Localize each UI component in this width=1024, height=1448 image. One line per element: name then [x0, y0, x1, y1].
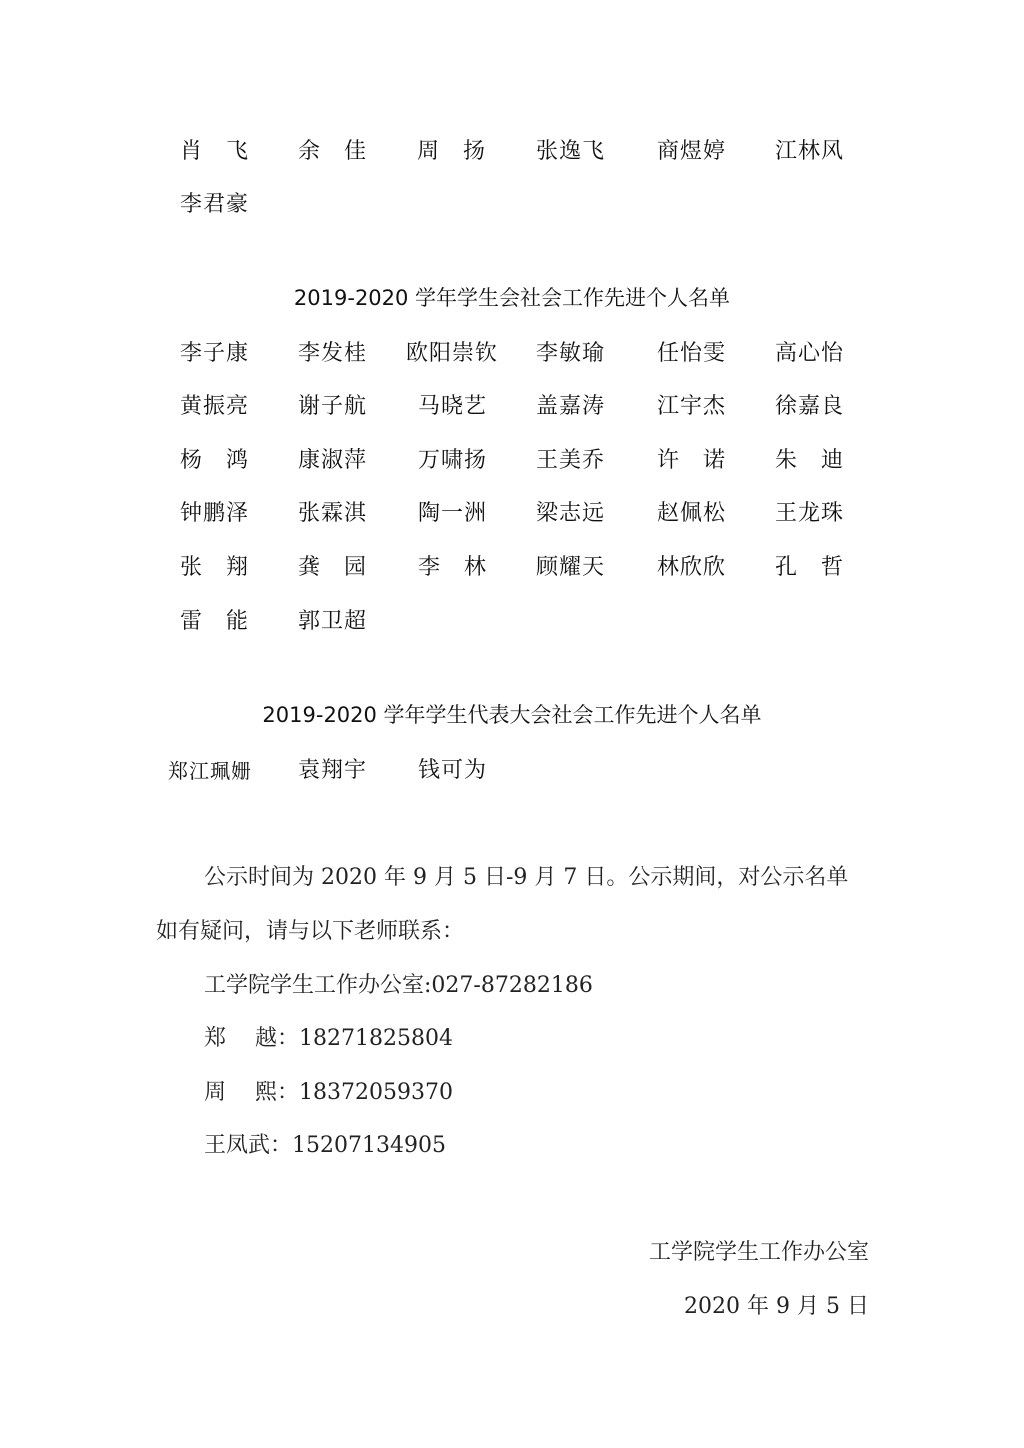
- name-cell: 黄振亮: [180, 392, 249, 422]
- name-row: 李子康 李发桂 欧阳崇钦 李敏瑜 任怡雯 高心怡: [180, 339, 880, 369]
- document-page: 肖 飞 余 佳 周 扬 张逸飞 商煜婷 江林风 李君豪 2019-2020 学年…: [0, 0, 1024, 1448]
- name-cell: 李发桂: [298, 339, 367, 369]
- name-cell: 赵佩松: [657, 499, 726, 529]
- name-cell: 孔 哲: [775, 553, 844, 583]
- name-cell: 张霖淇: [298, 499, 367, 529]
- name-cell: 林欣欣: [657, 553, 726, 583]
- name-cell: 马晓艺: [418, 392, 487, 422]
- name-cell: 张逸飞: [536, 137, 605, 167]
- notice-line-1: 公示时间为 2020 年 9 月 5 日-9 月 7 日。公示期间，对公示名单: [204, 862, 848, 894]
- contact-wang-fengwu: 王凤武：15207134905: [204, 1130, 446, 1162]
- name-cell: 郑江珮姗: [168, 756, 252, 786]
- contact-zhou-xi: 周 熙：18372059370: [204, 1077, 453, 1109]
- name-cell: 郭卫超: [298, 607, 367, 637]
- name-cell: 高心怡: [775, 339, 844, 369]
- name-cell: 李子康: [180, 339, 249, 369]
- name-cell: 商煜婷: [657, 137, 726, 167]
- name-row: 李君豪: [180, 190, 880, 220]
- name-cell: 陶一洲: [418, 499, 487, 529]
- name-row: 杨 鸿 康淑萍 万啸扬 王美乔 许 诺 朱 迪: [180, 446, 880, 476]
- name-cell: 周 扬: [417, 137, 486, 167]
- name-cell: 江林风: [775, 137, 844, 167]
- name-cell: 李敏瑜: [536, 339, 605, 369]
- name-row: 郑江珮姗 袁翔宇 钱可为: [168, 756, 868, 786]
- name-cell: 许 诺: [657, 446, 726, 476]
- name-cell: 欧阳崇钦: [406, 339, 498, 369]
- name-cell: 张 翔: [180, 553, 249, 583]
- name-cell: 钟鹏泽: [180, 499, 249, 529]
- name-cell: 王美乔: [536, 446, 605, 476]
- name-cell: 谢子航: [298, 392, 367, 422]
- name-cell: 余 佳: [298, 137, 367, 167]
- name-cell: 龚 园: [298, 553, 367, 583]
- name-row: 雷 能 郭卫超: [180, 607, 880, 637]
- name-cell: 肖 飞: [180, 137, 249, 167]
- name-row: 黄振亮 谢子航 马晓艺 盖嘉涛 江宇杰 徐嘉良: [180, 392, 880, 422]
- name-cell: 江宇杰: [657, 392, 726, 422]
- section-heading-student-union: 2019-2020 学年学生会社会工作先进个人名单: [0, 283, 1024, 313]
- name-cell: 康淑萍: [298, 446, 367, 476]
- section-heading-student-congress: 2019-2020 学年学生代表大会社会工作先进个人名单: [0, 700, 1024, 730]
- signature-office: 工学院学生工作办公室: [649, 1237, 869, 1269]
- name-cell: 盖嘉涛: [536, 392, 605, 422]
- contact-zheng-yue: 郑 越：18271825804: [204, 1023, 453, 1055]
- name-cell: 任怡雯: [657, 339, 726, 369]
- name-cell: 王龙珠: [775, 499, 844, 529]
- name-cell: 李 林: [418, 553, 487, 583]
- name-cell: 李君豪: [180, 190, 249, 220]
- name-cell: 袁翔宇: [298, 756, 367, 786]
- signature-date: 2020 年 9 月 5 日: [684, 1291, 869, 1323]
- name-row: 肖 飞 余 佳 周 扬 张逸飞 商煜婷 江林风: [180, 137, 880, 167]
- name-cell: 杨 鸿: [180, 446, 249, 476]
- name-row: 钟鹏泽 张霖淇 陶一洲 梁志远 赵佩松 王龙珠: [180, 499, 880, 529]
- name-cell: 梁志远: [536, 499, 605, 529]
- notice-line-2: 如有疑问，请与以下老师联系：: [156, 916, 464, 948]
- name-row: 张 翔 龚 园 李 林 顾耀天 林欣欣 孔 哲: [180, 553, 880, 583]
- name-cell: 顾耀天: [536, 553, 605, 583]
- name-cell: 钱可为: [418, 756, 487, 786]
- name-cell: 朱 迪: [775, 446, 844, 476]
- name-cell: 万啸扬: [418, 446, 487, 476]
- contact-office: 工学院学生工作办公室:027-87282186: [204, 970, 593, 1002]
- name-cell: 徐嘉良: [775, 392, 844, 422]
- name-cell: 雷 能: [180, 607, 249, 637]
